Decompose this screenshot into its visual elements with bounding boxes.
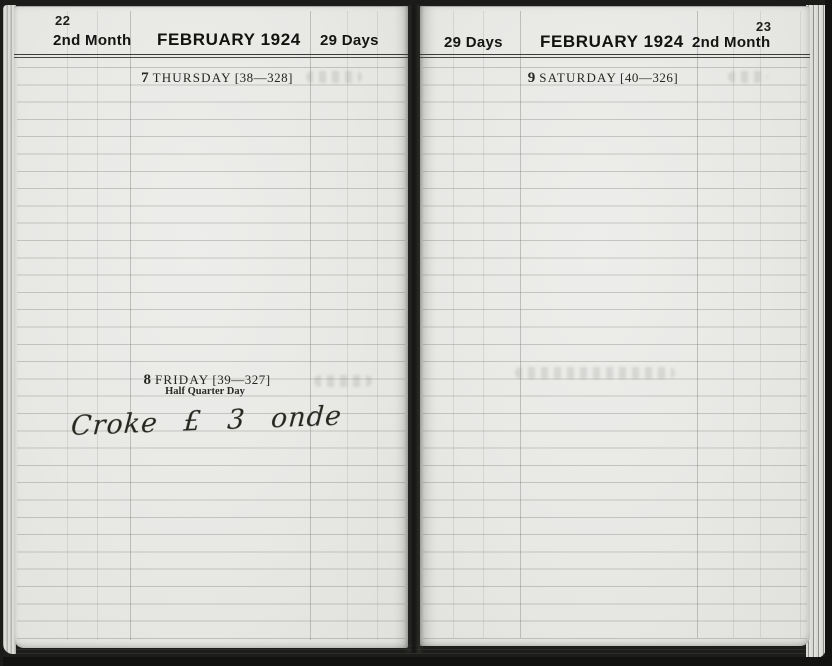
day-of-year-range: [40—326] — [620, 70, 678, 85]
ink-bleed-ghost — [728, 71, 768, 83]
days-count-label: 29 Days — [444, 34, 503, 51]
month-title: FEBRUARY 1924 — [157, 30, 301, 50]
day-of-year-range: [39—327] — [212, 372, 270, 387]
day-note-half-quarter-day: Half Quarter Day — [60, 386, 350, 397]
ruled-lines — [423, 67, 807, 647]
photo-frame — [825, 0, 832, 666]
month-title: FEBRUARY 1924 — [540, 32, 684, 52]
ink-bleed-ghost — [314, 375, 372, 387]
day-of-year-range: [38—328] — [235, 70, 293, 85]
day-name: THURSDAY — [153, 70, 232, 85]
ruled-lines — [17, 67, 405, 647]
day-name: FRIDAY — [155, 372, 209, 387]
month-ordinal-label: 2nd Month — [692, 34, 771, 51]
month-ordinal-label: 2nd Month — [53, 32, 132, 49]
header-rule — [420, 54, 810, 58]
day-name: SATURDAY — [539, 70, 617, 85]
header-rule — [14, 54, 408, 58]
diary-page-right: 23 29 Days FEBRUARY 1924 2nd Month 9SATU… — [420, 6, 810, 646]
days-count-label: 29 Days — [320, 32, 379, 49]
photo-frame — [0, 657, 832, 666]
day-number: 7 — [141, 70, 149, 86]
day-number: 9 — [528, 70, 536, 86]
photo-frame — [0, 0, 832, 5]
ink-bleed-ghost — [306, 71, 362, 83]
diary-page-left: 22 2nd Month FEBRUARY 1924 29 Days 7THUR… — [14, 6, 408, 648]
book-gutter — [404, 5, 424, 653]
photo-frame — [0, 0, 3, 666]
ink-bleed-ghost — [515, 367, 675, 379]
page-number-left: 22 — [55, 13, 70, 28]
page-number-right: 23 — [756, 19, 771, 34]
day-heading-saturday: 9SATURDAY[40—326] — [458, 69, 748, 87]
diary-photo: 22 2nd Month FEBRUARY 1924 29 Days 7THUR… — [0, 0, 832, 666]
